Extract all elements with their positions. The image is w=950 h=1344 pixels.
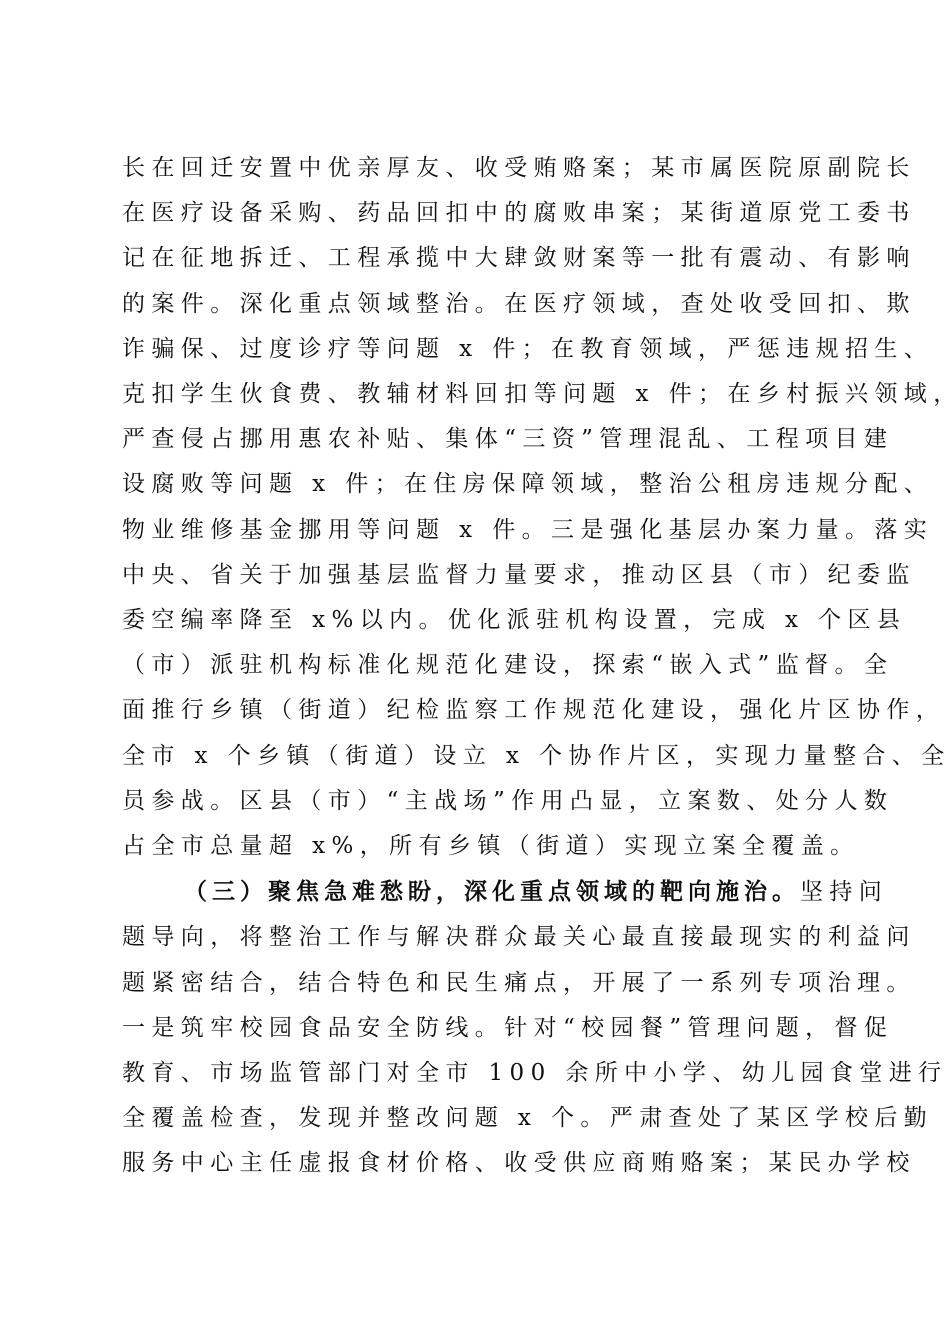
- text-line: 记在征地拆迁、工程承揽中大肆敛财案等一批有震动、有影响: [122, 236, 822, 281]
- text-line: 的案件。深化重点领域整治。在医疗领域，查处收受回扣、欺: [122, 282, 822, 327]
- paragraph-1: 长在回迁安置中优亲厚友、收受贿赂案；某市属医院原副院长 在医疗设备采购、药品回扣…: [122, 146, 822, 869]
- text-line: 面推行乡镇（街道）纪检监察工作规范化建设，强化片区协作，: [122, 688, 822, 733]
- text-line: 题导向，将整治工作与解决群众最关心最直接最现实的利益问: [122, 915, 822, 960]
- text-line: 员参战。区县（市）“主战场”作用凸显，立案数、处分人数: [122, 779, 822, 824]
- text-line: 克扣学生伙食费、教辅材料回扣等问题 x 件；在乡村振兴领域，: [122, 372, 822, 417]
- section-heading: （三）聚焦急难愁盼，深化重点领域的靶向施治。: [184, 878, 800, 905]
- text-line: 题紧密结合，结合特色和民生痛点，开展了一系列专项治理。: [122, 961, 822, 1006]
- text-line: 严查侵占挪用惠农补贴、集体“三资”管理混乱、工程项目建: [122, 417, 822, 462]
- text-line: 中央、省关于加强基层监督力量要求，推动区县（市）纪委监: [122, 553, 822, 598]
- text-line: 全市 x 个乡镇（街道）设立 x 个协作片区，实现力量整合、全: [122, 734, 822, 779]
- text-line: 在医疗设备采购、药品回扣中的腐败串案；某街道原党工委书: [122, 191, 822, 236]
- text-line: 教育、市场监管部门对全市 100 余所中小学、幼儿园食堂进行: [122, 1051, 822, 1096]
- document-page: 长在回迁安置中优亲厚友、收受贿赂案；某市属医院原副院长 在医疗设备采购、药品回扣…: [122, 146, 822, 1187]
- text-line: （市）派驻机构标准化规范化建设，探索“嵌入式”监督。全: [122, 643, 822, 688]
- heading-line-rest: 坚持问: [800, 879, 888, 905]
- text-line: 占全市总量超 x%，所有乡镇（街道）实现立案全覆盖。: [122, 824, 822, 869]
- text-line: 长在回迁安置中优亲厚友、收受贿赂案；某市属医院原副院长: [122, 146, 822, 191]
- heading-line: （三）聚焦急难愁盼，深化重点领域的靶向施治。坚持问: [122, 869, 822, 915]
- text-line: 一是筑牢校园食品安全防线。针对“校园餐”管理问题，督促: [122, 1006, 822, 1051]
- text-line: 设腐败等问题 x 件；在住房保障领域，整治公租房违规分配、: [122, 462, 822, 507]
- text-line: 诈骗保、过度诊疗等问题 x 件；在教育领域，严惩违规招生、: [122, 327, 822, 372]
- text-line: 委空编率降至 x%以内。优化派驻机构设置，完成 x 个区县: [122, 598, 822, 643]
- text-line: 全覆盖检查，发现并整改问题 x 个。严肃查处了某区学校后勤: [122, 1096, 822, 1141]
- text-line: 物业维修基金挪用等问题 x 件。三是强化基层办案力量。落实: [122, 508, 822, 553]
- paragraph-2: （三）聚焦急难愁盼，深化重点领域的靶向施治。坚持问 题导向，将整治工作与解决群众…: [122, 869, 822, 1186]
- text-line: 服务中心主任虚报食材价格、收受供应商贿赂案；某民办学校: [122, 1141, 822, 1186]
